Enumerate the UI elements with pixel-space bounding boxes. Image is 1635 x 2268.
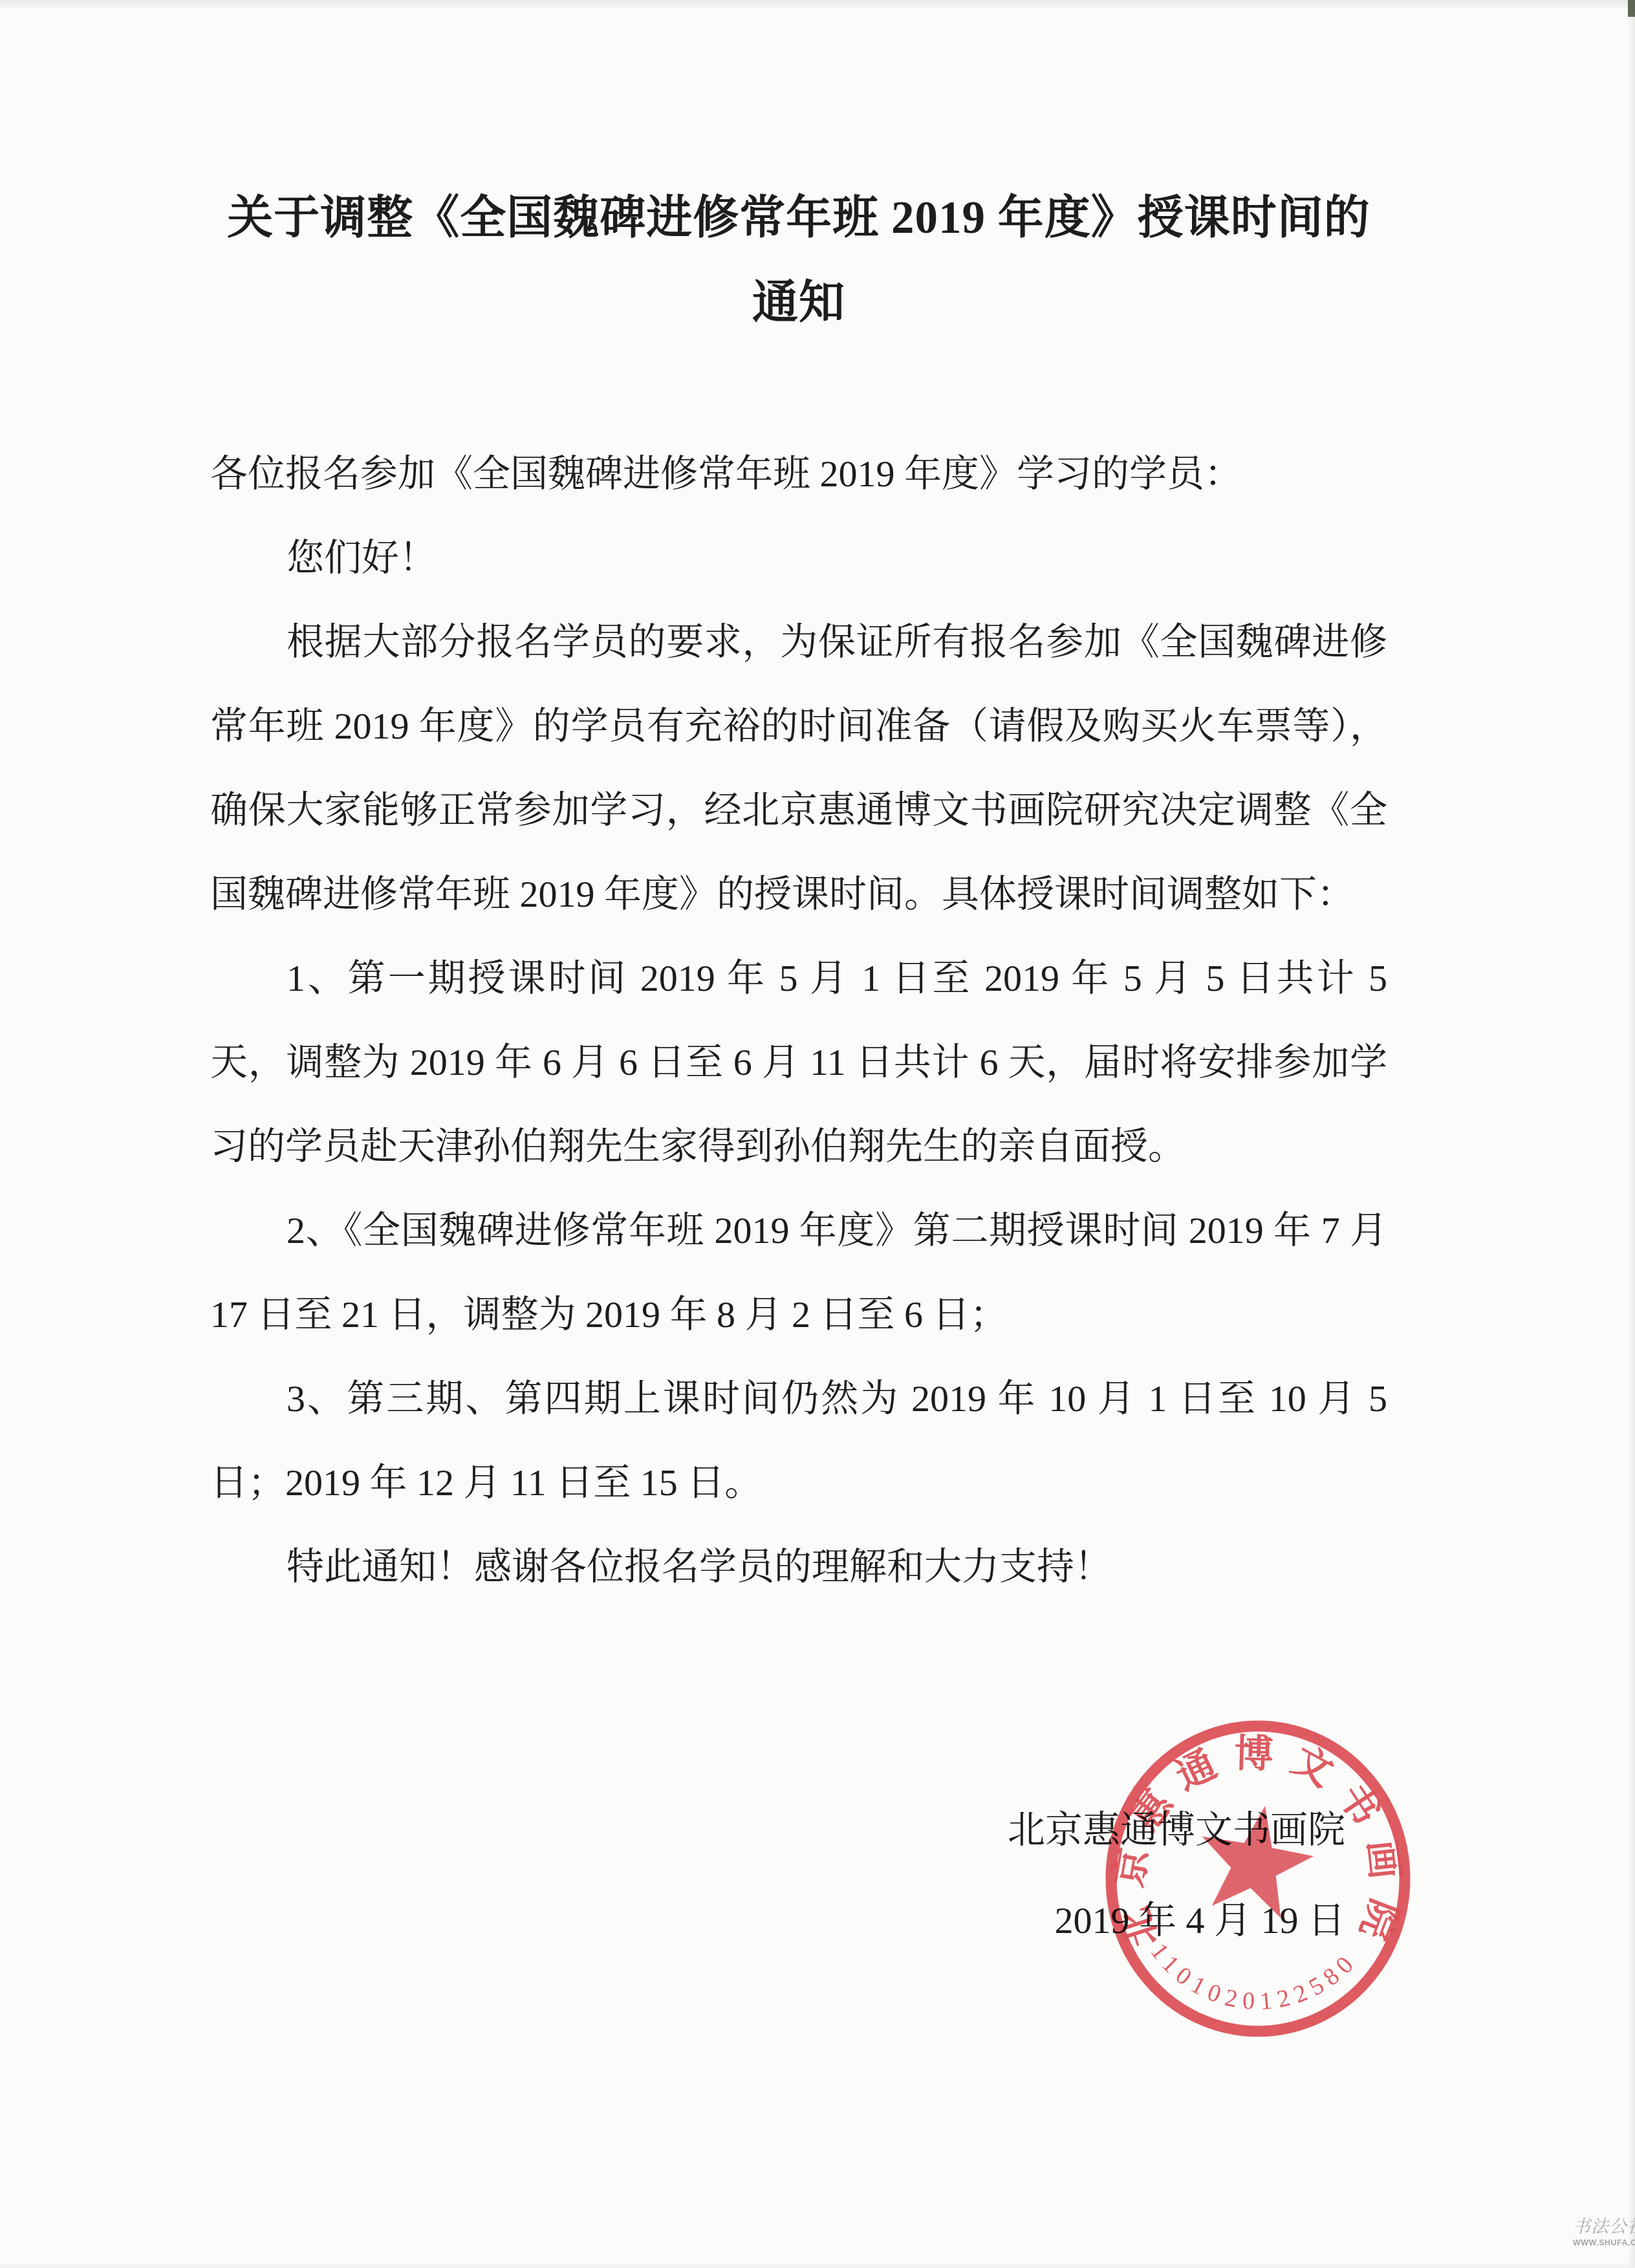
scan-edge-bottom [0, 2262, 1635, 2268]
notice-title: 关于调整《全国魏碑进修常年班 2019 年度》授课时间的 通知 [210, 176, 1387, 345]
official-seal-stamp: 北京惠通博文书画院 1101020122580 [1098, 1719, 1418, 2042]
closing-paragraph: 特此通知！感谢各位报名学员的理解和大力支持！ [210, 1525, 1387, 1609]
scanned-notice-page: 关于调整《全国魏碑进修常年班 2019 年度》授课时间的 通知 各位报名参加《全… [0, 0, 1635, 2268]
greeting-paragraph: 您们好！ [210, 516, 1387, 600]
site-watermark: 书法公社 WWW.SHUFA.ORG [1573, 2218, 1632, 2247]
schedule-item-1-paragraph: 1、第一期授课时间 2019 年 5 月 1 日至 2019 年 5 月 5 日… [210, 936, 1387, 1189]
scan-edge-right [1627, 0, 1635, 2268]
watermark-logo-text: 书法公社 [1573, 2217, 1635, 2236]
notice-title-line2: 通知 [210, 261, 1387, 345]
notice-title-line1: 关于调整《全国魏碑进修常年班 2019 年度》授课时间的 [210, 176, 1387, 261]
schedule-item-2-paragraph: 2、《全国魏碑进修常年班 2019 年度》第二期授课时间 2019 年 7 月 … [210, 1189, 1387, 1357]
salutation-paragraph: 各位报名参加《全国魏碑进修常年班 2019 年度》学习的学员： [210, 432, 1387, 516]
watermark-logo: 书法公社 [1573, 2218, 1632, 2236]
scan-corner-notch [1628, 0, 1635, 17]
notice-body: 各位报名参加《全国魏碑进修常年班 2019 年度》学习的学员： 您们好！ 根据大… [210, 432, 1387, 1609]
watermark-url: WWW.SHUFA.ORG [1573, 2239, 1632, 2247]
intro-paragraph: 根据大部分报名学员的要求，为保证所有报名参加《全国魏碑进修常年班 2019 年度… [210, 600, 1387, 936]
schedule-item-3-paragraph: 3、第三期、第四期上课时间仍然为 2019 年 10 月 1 日至 10 月 5… [210, 1357, 1387, 1525]
scan-edge-top [0, 0, 1635, 10]
seal-star-icon [1202, 1806, 1314, 1917]
